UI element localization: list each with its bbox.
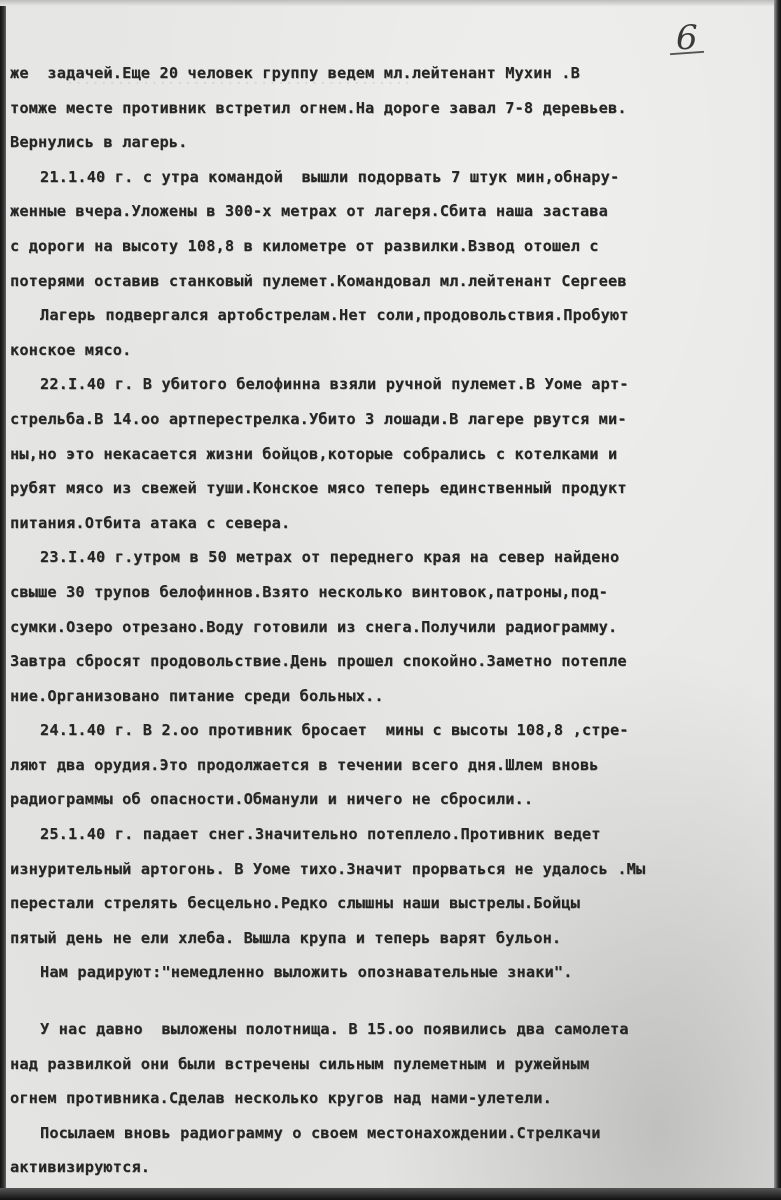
scan-bottom-edge — [0, 1188, 781, 1200]
paragraph-gap — [10, 990, 764, 1012]
text-line: 24.1.40 г. В 2.оо противник бросает мины… — [10, 713, 764, 748]
text-line: женные вчера.Уложены в 300-х метрах от л… — [10, 194, 764, 229]
text-line: ляют два орудия.Это продолжается в течен… — [10, 748, 764, 783]
text-line: изнурительный артогонь. В Уоме тихо.Знач… — [10, 852, 764, 887]
text-line: 23.I.40 г.утром в 50 метрах от переднего… — [10, 540, 764, 575]
text-line: ны,но это некасается жизни бойцов,которы… — [10, 437, 764, 472]
typewritten-text: же задачей.Еще 20 человек группу ведем м… — [10, 56, 764, 1185]
text-line: над развилкой они были встречены сильным… — [10, 1047, 764, 1082]
text-line: 22.I.40 г. В убитого белофинна взяли руч… — [10, 367, 764, 402]
text-line: Посылаем вновь радиограмму о своем место… — [10, 1116, 764, 1151]
text-line: ние.Организовано питание среди больных.. — [10, 679, 764, 714]
text-line: Вернулись в лагерь. — [10, 125, 764, 160]
text-line: потерями оставив станковый пулемет.Коман… — [10, 264, 764, 299]
text-line: Лагерь подвергался артобстрелам.Нет соли… — [10, 298, 764, 333]
text-line: сумки.Озеро отрезано.Воду готовили из сн… — [10, 610, 764, 645]
text-line: радиограммы об опасности.Обманули и ниче… — [10, 782, 764, 817]
text-line: стрельба.В 14.оо артперестрелка.Убито 3 … — [10, 402, 764, 437]
text-line: активизируются. — [10, 1150, 764, 1185]
text-line: рубят мясо из свежей туши.Конское мясо т… — [10, 471, 764, 506]
text-line: конское мясо. — [10, 333, 764, 368]
text-line: свыше 30 трупов белофиннов.Взято несколь… — [10, 575, 764, 610]
text-line: пятый день не ели хлеба. Вышла крупа и т… — [10, 921, 764, 956]
text-line: 25.1.40 г. падает снег.Значительно потеп… — [10, 817, 764, 852]
text-line: питания.Отбита атака с севера. — [10, 506, 764, 541]
scan-right-edge — [774, 0, 781, 1200]
text-line: Завтра сбросят продовольствие.День проше… — [10, 644, 764, 679]
scan-top-edge — [0, 0, 781, 6]
text-line: же задачей.Еще 20 человек группу ведем м… — [10, 56, 764, 91]
text-line: перестали стрелять бесцельно.Редко слышн… — [10, 886, 764, 921]
document-page: ........................................… — [6, 0, 774, 1190]
text-line: У нас давно выложены полотнища. В 15.оо … — [10, 1012, 764, 1047]
text-line: огнем противника.Сделав несколько кругов… — [10, 1081, 764, 1116]
text-line: Нам радируют:"немедленно выложить опозна… — [10, 955, 764, 990]
text-line: томже месте противник встретил огнем.На … — [10, 91, 764, 126]
text-line: 21.1.40 г. с утра командой вышли подорва… — [10, 160, 764, 195]
text-line: с дороги на высоту 108,8 в километре от … — [10, 229, 764, 264]
